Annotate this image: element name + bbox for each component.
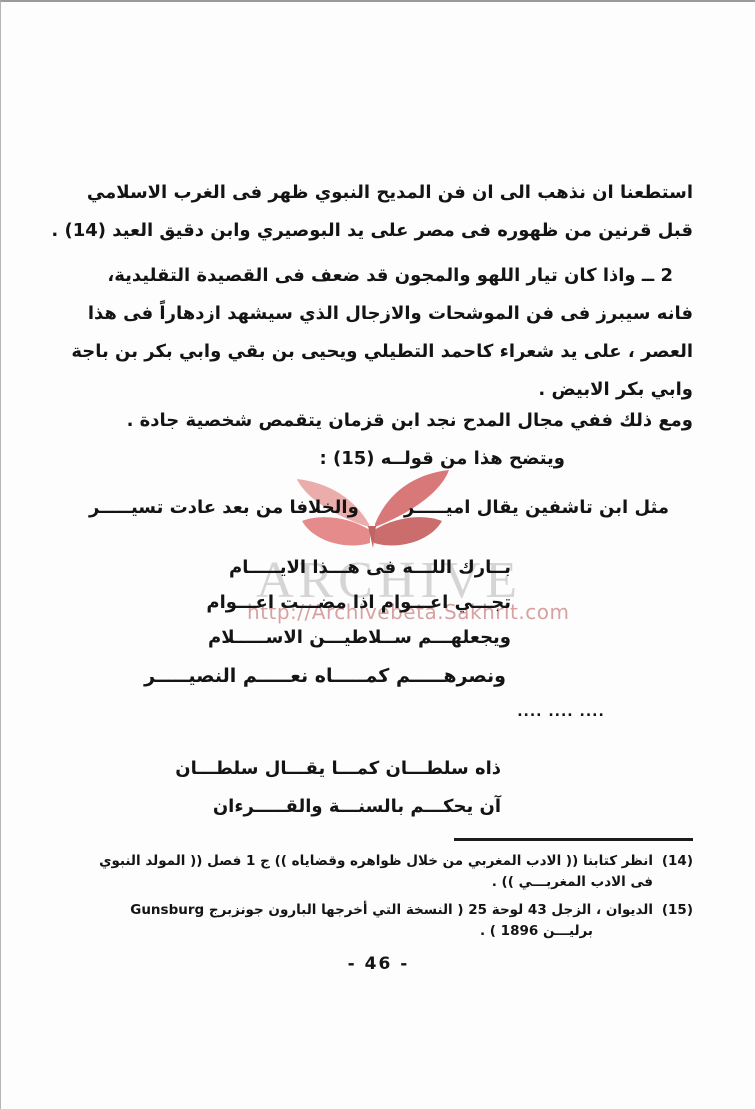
footnote-14: (14) انظر كتابنا (( الادب المغربي من خلا…: [88, 851, 692, 893]
paragraph-line: استطعنا ان نذهب الى ان فن المديح النبوي …: [88, 174, 692, 212]
footnote-15: (15) الديوان ، الزجل 43 لوحة 25 ( النسخة…: [88, 900, 692, 942]
verse-block-barak: بــارك اللـــه فى هـــذا الايـــــام تجـ…: [210, 550, 510, 655]
verse-block-sultan: ذاه سلطـــان كمـــا يقـــال سلطـــان آن …: [240, 750, 500, 826]
verse-line: ذاه سلطـــان كمـــا يقـــال سلطـــان: [240, 750, 500, 788]
verse-line: آن يحكـــم بالسنـــة والقـــــرءان: [240, 788, 500, 826]
verse-line: تجـــي اعـــوام اذا مضـــت اعـــوام: [210, 585, 510, 620]
paragraph-line: ويتضح هذا من قولــه (15) :: [88, 440, 692, 478]
paragraph-line: العصر ، على يد شعراء كاحمد التطيلي ويحيى…: [88, 333, 692, 371]
verse-line-nasr: ونصرهـــــم كمـــــاه نعـــــم النصيــــ…: [165, 658, 505, 694]
footnote-text: الديوان ، الزجل 43 لوحة 25 ( النسخة التي…: [88, 900, 652, 942]
footnote-line: برليـــن 1896 ) .: [88, 921, 652, 942]
paragraph-line: قبل قرنين من ظهوره فى مصر على يد البوصير…: [88, 212, 692, 250]
footnote-line: فى الادب المغربـــي )) .: [88, 872, 652, 893]
footnote-number: (15): [652, 900, 692, 942]
dots-separator: .... .... ....: [505, 704, 615, 720]
verse-left-hemistich: والخلافا من بعد عادت تسيـــــر: [88, 489, 358, 527]
verse-line: بــارك اللـــه فى هـــذا الايـــــام: [210, 550, 510, 585]
verse-right-hemistich: مثل ابن تاشفين يقال اميـــــر: [403, 489, 668, 527]
footnote-line: الديوان ، الزجل 43 لوحة 25 ( النسخة التي…: [88, 900, 652, 921]
paragraph-line: 2 ــ واذا كان تيار اللهو والمجون قد ضعف …: [88, 257, 692, 295]
paragraph-line: ومع ذلك ففي مجال المدح نجد ابن قزمان يتق…: [88, 402, 692, 440]
verse-line: ويجعلهـــم ســلاطيـــن الاســـــلام: [210, 620, 510, 655]
footnote-number: (14): [652, 851, 692, 893]
footnote-separator-rule: [453, 838, 692, 841]
paragraph-line: فانه سيبرز فى فن الموشحات والازجال الذي …: [88, 295, 692, 333]
logo-book-spine: [367, 526, 375, 548]
page-number: - 46 -: [0, 954, 755, 974]
footnote-line: انظر كتابنا (( الادب المغربي من خلال ظوا…: [88, 851, 652, 872]
scanned-book-page: ARCHIVE http://Archivebeta.Sakhrit.com ا…: [0, 0, 755, 1109]
footnotes-section: (14) انظر كتابنا (( الادب المغربي من خلا…: [88, 851, 692, 949]
paragraph-section2: 2 ــ واذا كان تيار اللهو والمجون قد ضعف …: [88, 257, 692, 409]
footnote-text: انظر كتابنا (( الادب المغربي من خلال ظوا…: [88, 851, 652, 893]
paragraph-madh: ومع ذلك ففي مجال المدح نجد ابن قزمان يتق…: [88, 402, 692, 478]
paragraph-intro: استطعنا ان نذهب الى ان فن المديح النبوي …: [88, 174, 692, 250]
verse-line-tashfin: مثل ابن تاشفين يقال اميـــــر والخلافا م…: [88, 489, 668, 527]
